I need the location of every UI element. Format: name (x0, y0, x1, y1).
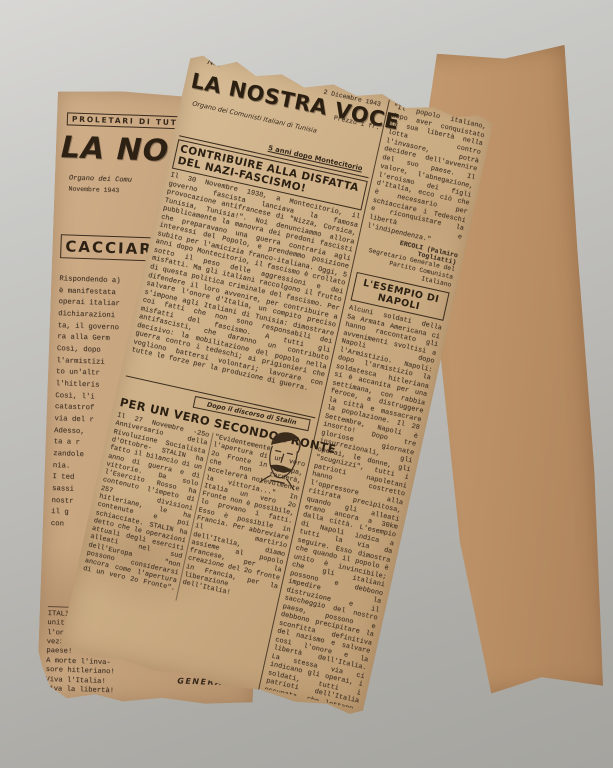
stalin-portrait-illustration (250, 423, 316, 493)
left-tagline: PROLETARI DI TUT (67, 112, 183, 129)
left-organ-line: Organo dei Comu (69, 174, 132, 184)
article-contribuire-body: Il 30 Novembre 1938, a Montecitorio, il … (127, 172, 361, 415)
left-date-line: Novembre 1943 (68, 185, 119, 194)
photo-of-newspapers: PROLETARI DI TUT LA NO. Organo dei Comu … (0, 0, 613, 768)
issue-number: №2 (207, 57, 222, 69)
left-masthead-title: LA NO. (60, 130, 181, 169)
